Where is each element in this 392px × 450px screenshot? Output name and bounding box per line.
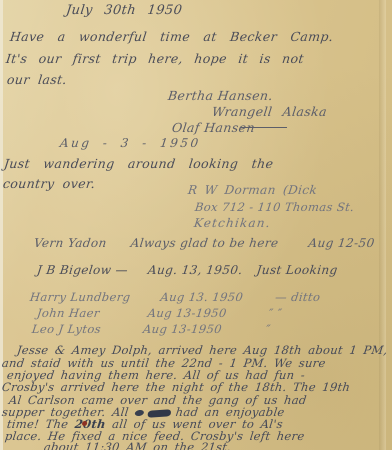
ink-blot-small (135, 409, 144, 416)
ditto-marks: ″ ″ (268, 306, 283, 320)
visitor-note: — ditto (274, 290, 321, 304)
paragraph-line4: Crosby's arrived here the night of the 1… (1, 380, 351, 394)
signature-bertha-hansen: Bertha Hansen. (167, 88, 274, 103)
visit-date: Aug. 13, 1950. (147, 263, 243, 277)
visitor-name: Vern Yadon (33, 236, 107, 250)
register-row-yadon: Vern Yadon Always glad to be here Aug 12… (33, 236, 375, 250)
visitor-name: Harry Lundberg (29, 290, 131, 304)
entry2-message-line1: Just wandering around looking the (3, 156, 274, 171)
ditto-marks: ″ (265, 322, 271, 336)
visitor-name: Leo J Lytos (31, 322, 102, 336)
entry2-message-line2: country over. (2, 176, 96, 191)
signature-olaf-hansen: Olaf Hansen (171, 120, 288, 135)
entry1-message-line3: our last. (6, 72, 68, 87)
signature-location-wrangell: Wrangell Alaska (211, 104, 328, 119)
entry1-message-line2: It's our first trip here, hope it is not (5, 51, 305, 66)
signature-dorman: R W Dorman (Dick (187, 183, 318, 197)
paragraph-line1: Jesse & Amey Dolph, arrived here Aug 18t… (16, 343, 388, 357)
register-row-lundberg: Harry Lundberg Aug 13. 1950 — ditto (29, 290, 321, 304)
visitor-name: John Haer (36, 306, 101, 320)
register-row-haer: John Haer Aug 13-1950 ″ ″ (36, 306, 283, 320)
visitor-name: J B Bigelow — (36, 263, 129, 277)
visit-date: Aug 13-1950 (147, 306, 228, 320)
visitor-note: Just Looking (256, 263, 339, 277)
visit-date: Aug 12-50 (308, 236, 376, 250)
register-row-lytos: Leo J Lytos Aug 13-1950 ″ (31, 322, 271, 336)
visit-date: Aug 13-1950 (142, 322, 223, 336)
ink-blot-strikeout (147, 409, 171, 418)
entry1-date: July 30th 1950 (65, 3, 183, 18)
register-row-bigelow: J B Bigelow — Aug. 13, 1950. Just Lookin… (36, 263, 338, 277)
paragraph-line9: about 11:30 AM on the 21st. (43, 440, 232, 450)
entry1-message-line1: Have a wonderful time at Becker Camp. (9, 29, 334, 44)
paper-edge-right (379, 0, 386, 450)
visit-date: Aug 13. 1950 (160, 290, 244, 304)
visitor-note: Always glad to be here (130, 236, 280, 250)
entry2-date: Aug - 3 - 1950 (59, 136, 201, 150)
signature-dorman-city: Ketchikan. (193, 216, 272, 230)
signature-dorman-address: Box 712 - 110 Thomas St. (194, 200, 355, 214)
guestbook-page: July 30th 1950 Have a wonderful time at … (0, 0, 392, 450)
